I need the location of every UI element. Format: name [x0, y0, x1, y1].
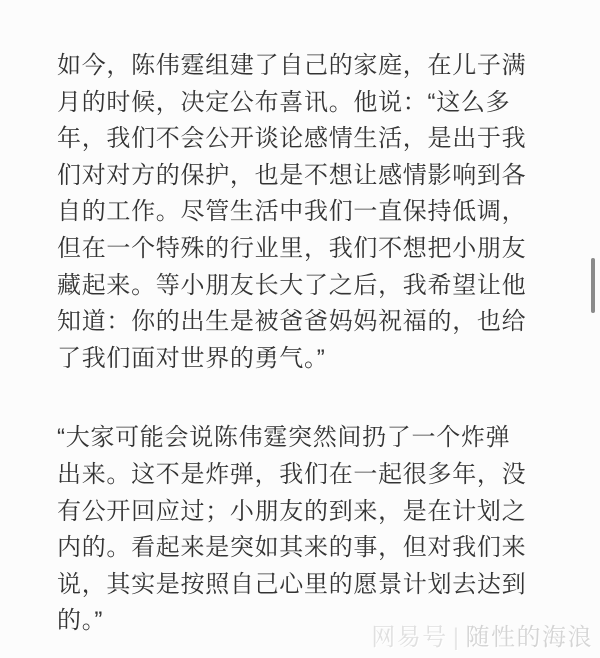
text-line: 月的时候，决定公布喜讯。他说：“这么多	[57, 85, 562, 122]
scrollbar-thumb[interactable]	[591, 258, 595, 313]
text-line: 内的。看起来是突如其来的事，但对我们来	[57, 530, 562, 567]
text-line: 有公开回应过；小朋友的到来，是在计划之	[57, 494, 562, 531]
text-line: 但在一个特殊的行业里，我们不想把小朋友	[57, 231, 562, 268]
text-line: 藏起来。等小朋友长大了之后，我希望让他	[57, 268, 562, 305]
paragraph-2: “大家可能会说陈伟霆突然间扔了一个炸弹出来。这不是炸弹，我们在一起很多年，没有公…	[57, 420, 562, 640]
watermark-author: 随性的海浪	[466, 624, 594, 651]
article-text-block: 如今，陈伟霆组建了自己的家庭，在儿子满月的时候，决定公布喜讯。他说：“这么多年，…	[57, 48, 562, 640]
text-line: 知道：你的出生是被爸爸妈妈祝福的，也给	[57, 304, 562, 341]
watermark: 网易号|随性的海浪	[371, 617, 593, 652]
text-line: “大家可能会说陈伟霆突然间扔了一个炸弹	[57, 420, 562, 457]
text-line: 如今，陈伟霆组建了自己的家庭，在儿子满	[57, 48, 562, 85]
text-line: 了我们面对世界的勇气。”	[57, 341, 562, 378]
text-line: 说，其实是按照自己心里的愿景计划去达到	[57, 567, 562, 604]
text-line: 出来。这不是炸弹，我们在一起很多年，没	[57, 457, 562, 494]
page: { "article": { "paragraphs": [ { "lines"…	[0, 0, 600, 658]
text-line: 们对对方的保护，也是不想让感情影响到各	[57, 158, 562, 195]
watermark-platform: 网易号	[371, 624, 448, 651]
paragraph-1: 如今，陈伟霆组建了自己的家庭，在儿子满月的时候，决定公布喜讯。他说：“这么多年，…	[57, 48, 562, 377]
text-line: 自的工作。尽管生活中我们一直保持低调，	[57, 194, 562, 231]
text-line: 年，我们不会公开谈论感情生活，是出于我	[57, 121, 562, 158]
watermark-separator: |	[453, 624, 461, 651]
